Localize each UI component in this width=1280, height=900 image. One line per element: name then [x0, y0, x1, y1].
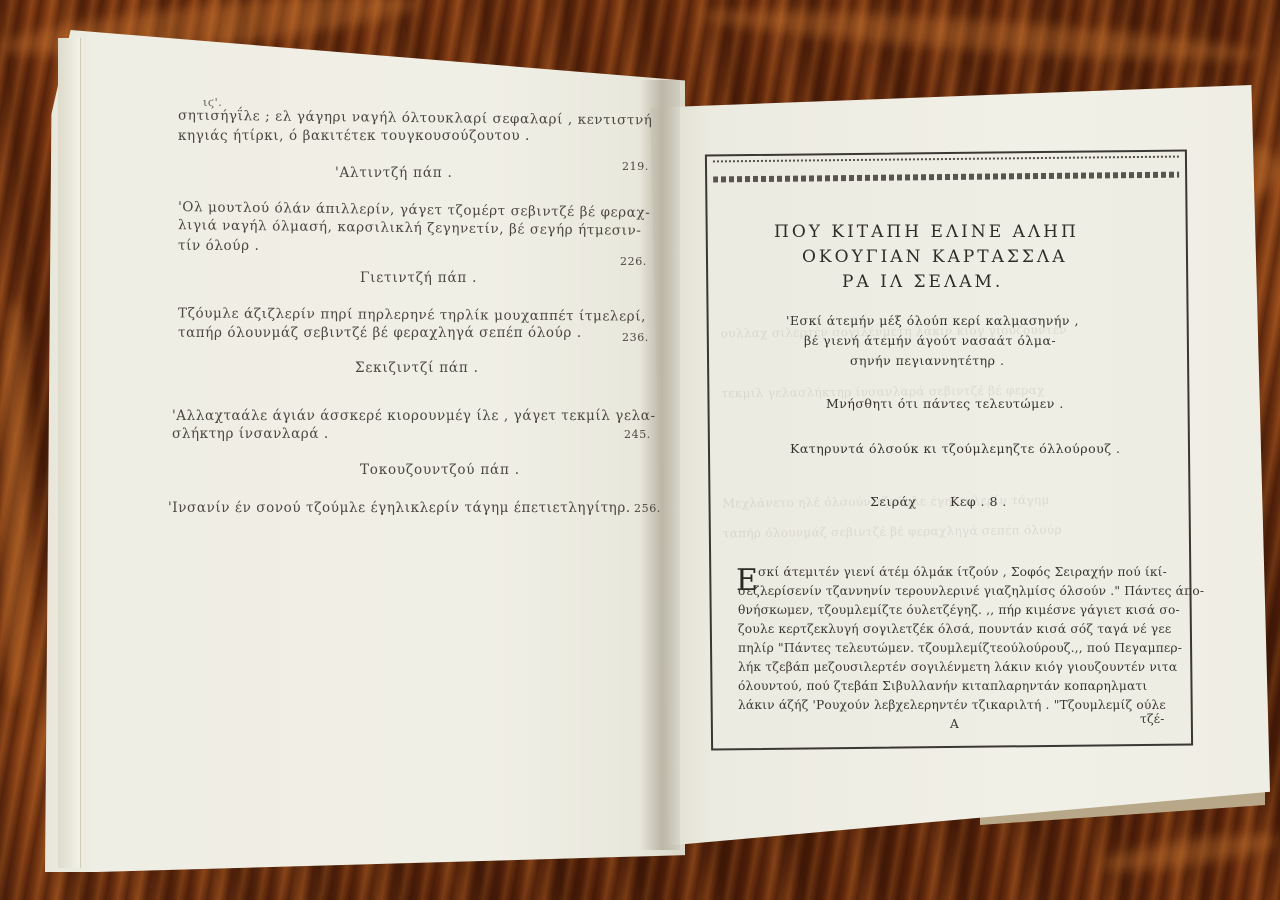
- page-reference: 236.: [622, 331, 649, 344]
- body-line: ζουλε κερτζεκλυγή σογιλετζέκ όλσά, πουντ…: [738, 622, 1171, 636]
- wood-grain: [700, 1, 1261, 70]
- left-page-edge: [58, 38, 81, 868]
- citation-source: Σειράχ: [870, 494, 917, 509]
- turkish-quote: Κατηρυντά όλσούκ κι τζούμλεμηζτε όλλούρο…: [790, 441, 1120, 456]
- epigraph-line: βέ γιενή άτεμήν άγούτ νασαάτ όλμα-: [804, 333, 1056, 348]
- bleed-through-text: ταπήρ όλουνμάζ σεβιντζέ βέ φεραχληγά σεπ…: [723, 523, 1062, 541]
- greek-quote: Μνήσθητι ότι πάντες τελευτώμεν .: [826, 396, 1064, 411]
- section-heading: Σεκιζιντζί πάπ .: [355, 360, 479, 376]
- text-line: κηγιάς ήτίρκι, ό βακιτέτεκ τουγκουσούζου…: [178, 128, 530, 144]
- ornament-border: [713, 156, 1179, 167]
- body-line: πηλίρ "Πάντες τελευτώμεν. τζουμλεμίζτεού…: [738, 641, 1182, 655]
- page-reference: 226.: [620, 255, 647, 268]
- text-line: 'Αλλαχταάλε άγιάν άσσκερέ κιορουνμέγ ίλε…: [172, 408, 656, 424]
- body-line: λάκιν άζήζ 'Ρουχούν λεβχελερηντέν τζικαρ…: [738, 698, 1166, 712]
- left-page: [45, 30, 685, 872]
- page-reference: 256.: [634, 502, 661, 515]
- text-line: σλήκτηρ ίνσανλαρά .: [172, 426, 329, 442]
- body-line: θνήσκωμεν, τζουμλεμίζτε όυλετζέγηζ. ,, π…: [738, 603, 1180, 617]
- text-line: Τζόυμλε άζιζλερίν πηρί πηρλερηνέ τηρλίκ …: [178, 305, 646, 324]
- citation-chapter: Κεφ . 8 .: [950, 494, 1007, 509]
- ornament-band: [713, 172, 1179, 183]
- page-reference: 219.: [622, 160, 649, 173]
- title-line: ΟΚΟΥΓΙΑΝ ΚΑΡΤΑΣΣΛΑ: [802, 247, 1068, 267]
- text-line: 'Ινσανίν έν σονού τζούμλε έγηλικλερίν τά…: [168, 500, 631, 516]
- wood-grain: [1099, 828, 1280, 878]
- text-line: ταπήρ όλουνμάζ σεβιντζέ βέ φεραχληγά σεπ…: [178, 325, 582, 341]
- section-heading: Γιετιντζή πάπ .: [360, 270, 477, 286]
- title-line: ΠΟΥ ΚΙΤΑΠΗ ΕΛΙΝΕ ΑΛΗΠ: [774, 222, 1079, 242]
- wood-grain: [0, 300, 30, 700]
- title-line: ΡΑ ΙΛ ΣΕΛΑΜ.: [842, 272, 1003, 292]
- body-line: όλουντού, πού ζτεβάπ Σιβυλλανήν κιταπλαρ…: [738, 679, 1147, 693]
- section-heading: Τοκουζουντζού πάπ .: [360, 462, 520, 478]
- body-line: σκί άτεμιτέν γιενί άτέμ όλμάκ ίτζούν , Σ…: [758, 565, 1167, 579]
- body-line: λήκ τζεβάπ μεζουσιλερτέν σογιλένμετη λάκ…: [738, 660, 1177, 674]
- section-heading: 'Αλτιντζή πάπ .: [335, 165, 453, 181]
- epigraph-line: 'Εσκί άτεμήν μέξ όλούπ κερί καλμασηνήν ,: [786, 313, 1079, 328]
- page-reference: 245.: [624, 428, 651, 441]
- text-line: τίν όλούρ .: [178, 238, 259, 254]
- epigraph-line: σηνήν πεγιαννητέτηρ .: [850, 353, 1004, 368]
- catchword: τζέ-: [1140, 712, 1165, 726]
- body-line: σεζλερίσενίν τζαννηνίν τερουνλερινέ γιαζ…: [738, 584, 1204, 598]
- signature-mark: Α: [950, 717, 959, 731]
- book-gutter: [640, 80, 680, 850]
